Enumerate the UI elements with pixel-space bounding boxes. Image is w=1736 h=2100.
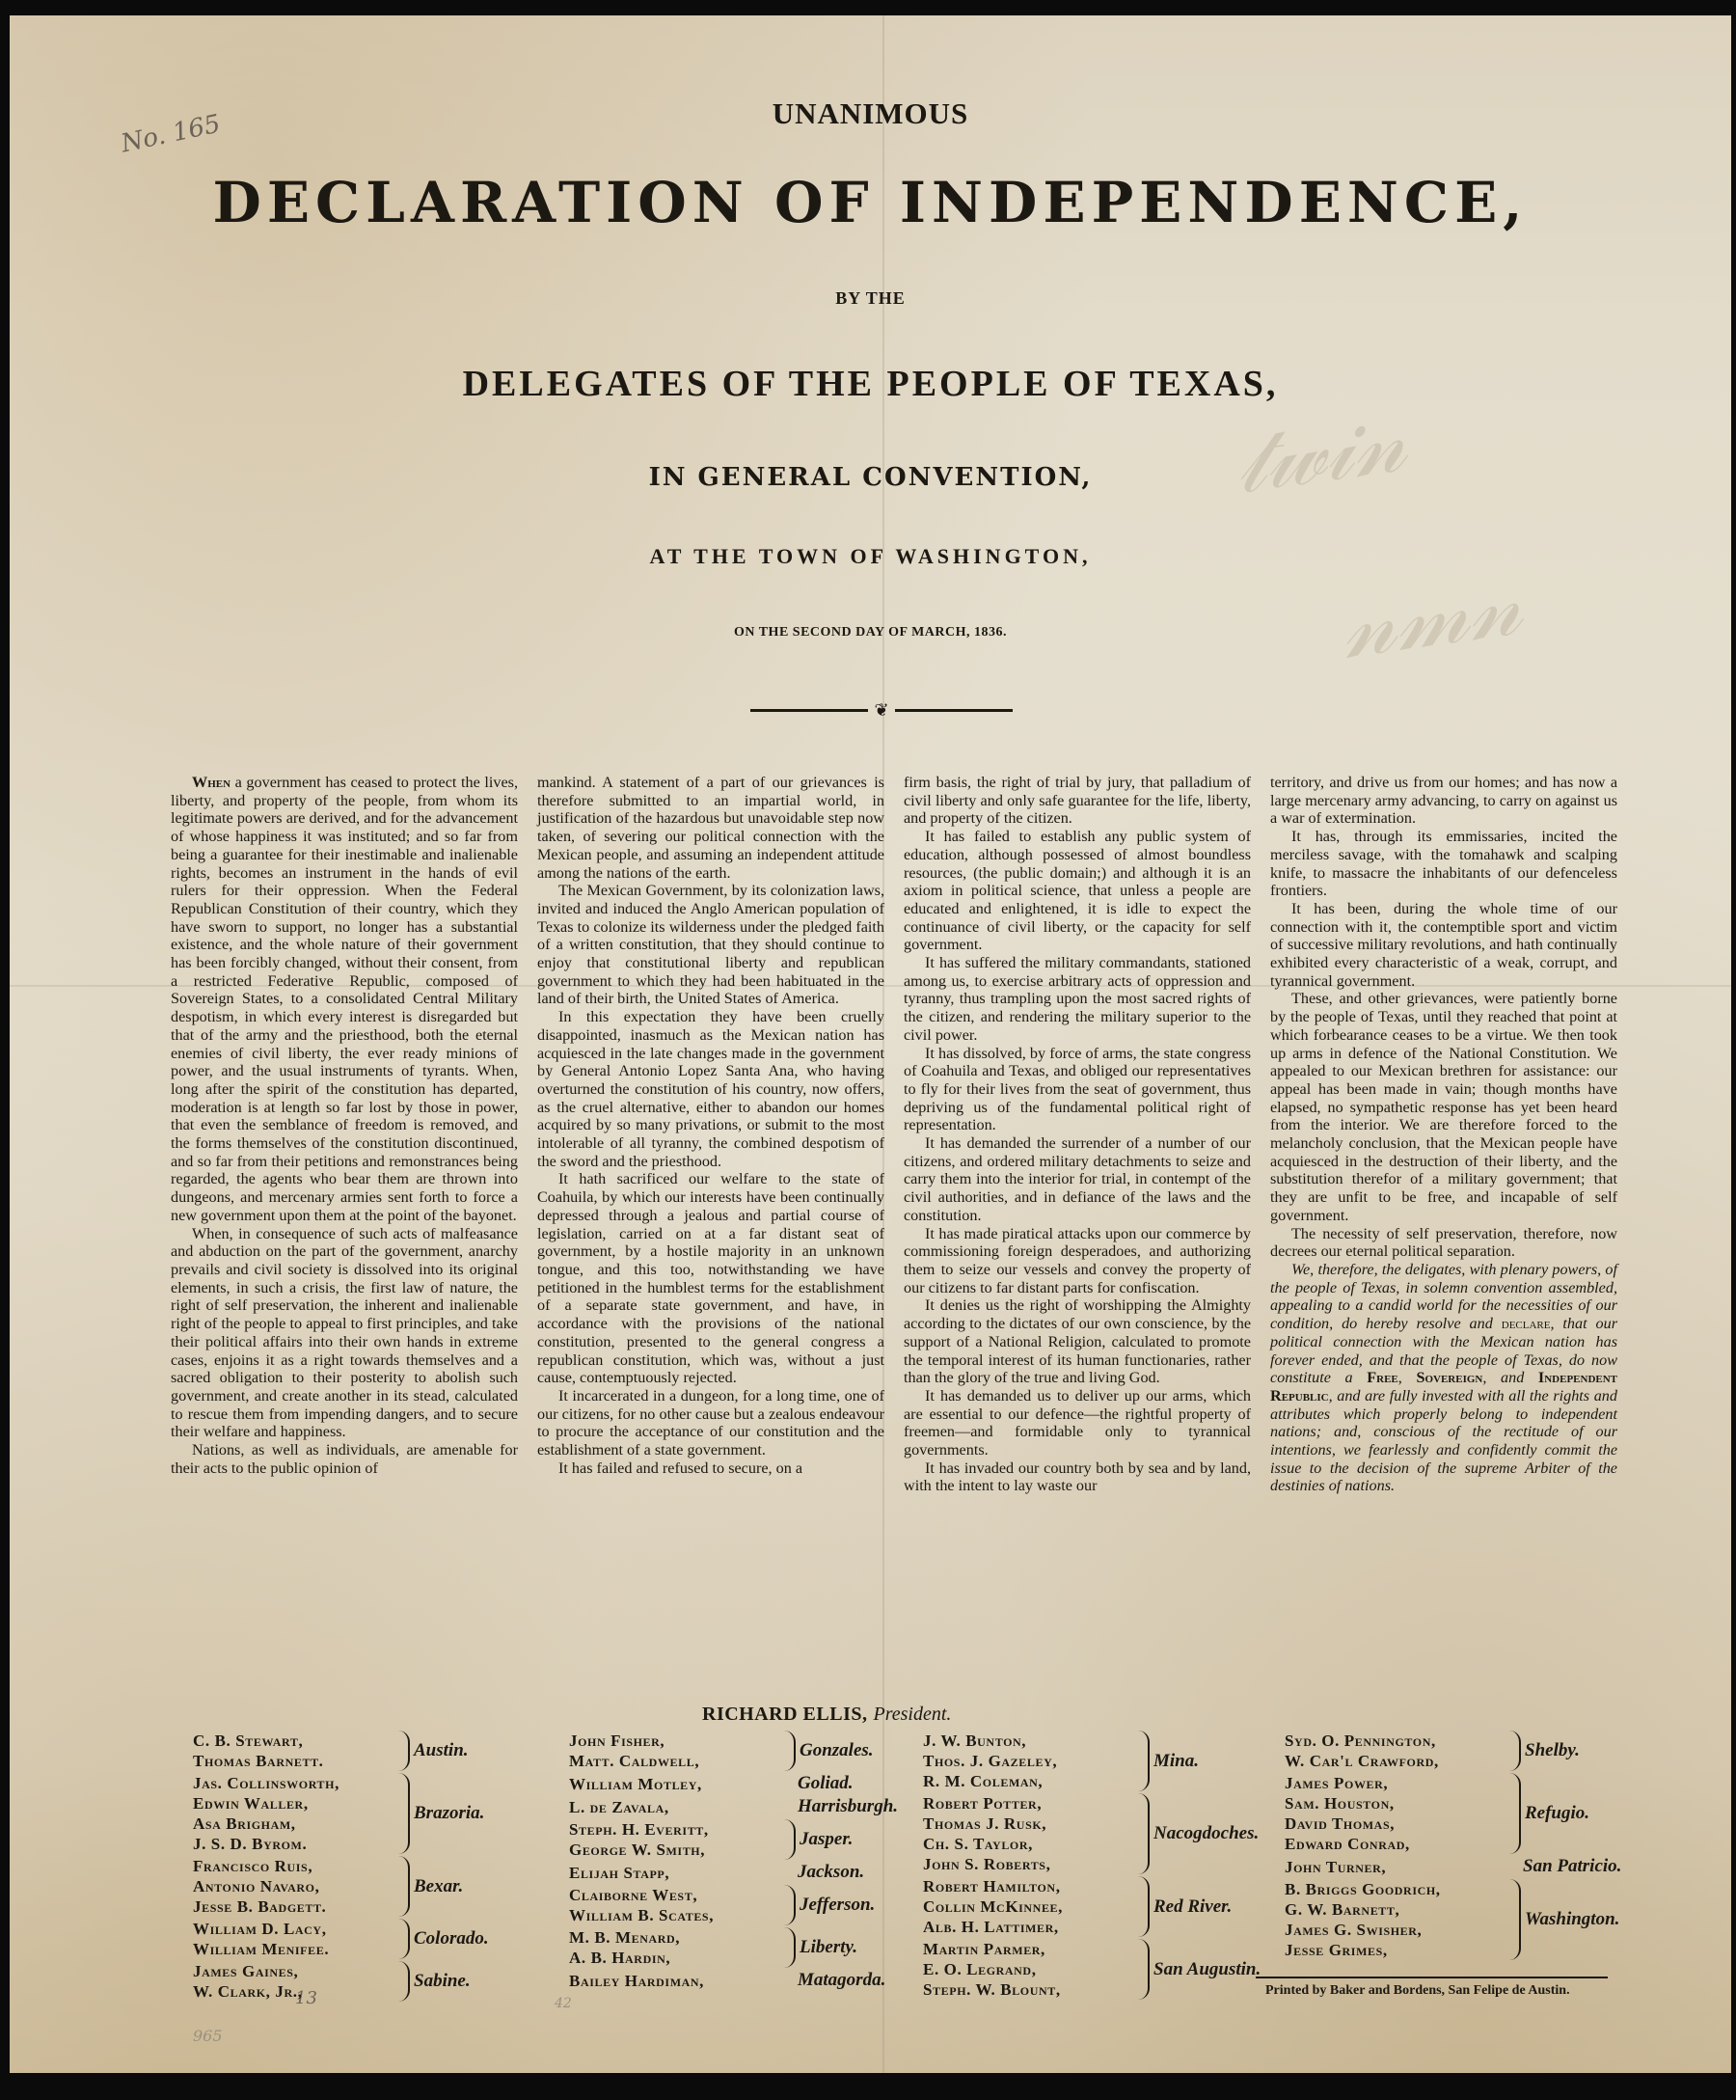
handwritten-mark: 42 — [555, 1996, 572, 2011]
signatory-name: William Menifee. — [193, 1939, 391, 1959]
title-unanimous: UNANIMOUS — [10, 96, 1731, 131]
signatory-names: L. de Zavala, — [569, 1797, 776, 1817]
county-label: Harrisburgh. — [798, 1796, 898, 1817]
signatory-name: Sam. Houston, — [1285, 1793, 1502, 1814]
signatory-names: James Power,Sam. Houston,David Thomas,Ed… — [1285, 1773, 1502, 1854]
broadside-document: No. 165 13 965 42 𝓉𝓌𝒾𝓃 𝓃𝓂𝓃 UNANIMOUS DEC… — [10, 15, 1731, 2073]
signatories-column-2: John Fisher,Matt. Caldwell,Gonzales.Will… — [569, 1731, 898, 1993]
signatory-name: John Fisher, — [569, 1731, 776, 1751]
signatory-name: John Turner, — [1285, 1857, 1502, 1877]
date-line: ON THE SECOND DAY OF MARCH, 1836. — [10, 625, 1731, 641]
signatory-group: C. B. Stewart,Thomas Barnett.Austin. — [193, 1731, 489, 1771]
brace-icon — [1134, 1876, 1150, 1937]
signatory-names: James Gaines,W. Clark, Jr., — [193, 1961, 391, 2002]
county-label: Liberty. — [800, 1937, 857, 1958]
signatory-name: Martin Parmer, — [923, 1939, 1130, 1959]
signatories-column-1: C. B. Stewart,Thomas Barnett.Austin.Jas.… — [193, 1731, 489, 2004]
signatory-name: Jesse B. Badgett. — [193, 1896, 391, 1917]
signatory-group: William Motley,Goliad. — [569, 1773, 898, 1794]
subtitle-convention: IN GENERAL CONVENTION, — [10, 463, 1731, 492]
signatory-name: J. S. D. Byrom. — [193, 1834, 391, 1854]
printer-rule — [1256, 1977, 1608, 1978]
signatory-name: David Thomas, — [1285, 1814, 1502, 1834]
signatory-name: William D. Lacy, — [193, 1919, 391, 1939]
brace-icon — [1505, 1731, 1521, 1771]
signatory-names: Steph. H. Everitt,George W. Smith, — [569, 1819, 776, 1860]
signatory-name: J. W. Bunton, — [923, 1731, 1130, 1751]
signatory-name: W. Clark, Jr., — [193, 1981, 391, 2002]
paragraph: These, and other grievances, were patien… — [1270, 990, 1617, 1224]
signatory-name: Edward Conrad, — [1285, 1834, 1502, 1854]
signatory-group: J. W. Bunton,Thos. J. Gazeley,R. M. Cole… — [923, 1731, 1261, 1791]
resolution-sovereign: Sovereign — [1416, 1369, 1482, 1386]
brace-icon — [780, 1927, 796, 1968]
signatory-name: B. Briggs Goodrich, — [1285, 1879, 1502, 1899]
signatory-name: Robert Hamilton, — [923, 1876, 1130, 1896]
paragraph: The necessity of self preservation, ther… — [1270, 1225, 1617, 1261]
county-label: Shelby. — [1525, 1740, 1580, 1761]
signatory-name: Jesse Grimes, — [1285, 1940, 1502, 1960]
signatory-group: John Fisher,Matt. Caldwell,Gonzales. — [569, 1731, 898, 1771]
subtitle-town: AT THE TOWN OF WASHINGTON, — [10, 544, 1731, 569]
signatory-names: Francisco Ruis,Antonio Navaro,Jesse B. B… — [193, 1856, 391, 1917]
signatory-names: John Turner, — [1285, 1857, 1502, 1877]
paragraph: Nations, as well as individuals, are ame… — [171, 1441, 518, 1477]
signatory-name: Syd. O. Pennington, — [1285, 1731, 1502, 1751]
county-label: Austin. — [414, 1740, 469, 1761]
signatory-group: Robert Potter,Thomas J. Rusk,Ch. S. Tayl… — [923, 1793, 1261, 1874]
printer-imprint: Printed by Baker and Bordens, San Felipe… — [1265, 1983, 1570, 1999]
title-declaration: DECLARATION OF INDEPENDENCE, — [10, 170, 1731, 235]
signatory-name: Jas. Collinsworth, — [193, 1773, 391, 1793]
county-label: San Augustin. — [1153, 1959, 1261, 1980]
paragraph: It has dissolved, by force of arms, the … — [904, 1045, 1251, 1135]
drop-word: When — [192, 774, 231, 791]
bleedthrough-handwriting: 𝓉𝓌𝒾𝓃 — [1228, 390, 1411, 515]
signatory-name: W. Car'l Crawford, — [1285, 1751, 1502, 1771]
signatory-group: Francisco Ruis,Antonio Navaro,Jesse B. B… — [193, 1856, 489, 1917]
body-column-1: When a government has ceased to protect … — [171, 774, 518, 1690]
resolution-paragraph: We, therefore, the deligates, with plena… — [1270, 1261, 1617, 1495]
county-label: Matagorda. — [798, 1970, 885, 1991]
signatory-names: Claiborne West,William B. Scates, — [569, 1885, 776, 1925]
county-label: Colorado. — [414, 1928, 489, 1950]
paragraph: It has demanded the surrender of a numbe… — [904, 1134, 1251, 1225]
paragraph: It has invaded our country both by sea a… — [904, 1459, 1251, 1495]
signatory-names: B. Briggs Goodrich,G. W. Barnett,James G… — [1285, 1879, 1502, 1960]
resolution-text: , and — [1482, 1369, 1538, 1386]
county-label: Nacogdoches. — [1153, 1823, 1259, 1844]
signatory-group: Syd. O. Pennington,W. Car'l Crawford,She… — [1285, 1731, 1621, 1771]
county-label: Jasper. — [800, 1829, 853, 1850]
signatory-name: Bailey Hardiman, — [569, 1971, 776, 1991]
signatory-name: Alb. H. Lattimer, — [923, 1917, 1130, 1937]
signatory-name: Robert Potter, — [923, 1793, 1130, 1814]
county-label: Gonzales. — [800, 1740, 874, 1761]
signatory-group: Steph. H. Everitt,George W. Smith,Jasper… — [569, 1819, 898, 1860]
signatory-name: Elijah Stapp, — [569, 1863, 776, 1883]
signatory-name: L. de Zavala, — [569, 1797, 776, 1817]
signatory-name: Thomas J. Rusk, — [923, 1814, 1130, 1834]
signatory-name: James G. Swisher, — [1285, 1920, 1502, 1940]
brace-icon — [1505, 1879, 1521, 1960]
signatory-name: R. M. Coleman, — [923, 1771, 1130, 1791]
brace-icon — [394, 1961, 410, 2002]
signatory-name: Collin McKinnee, — [923, 1896, 1130, 1917]
signatory-names: J. W. Bunton,Thos. J. Gazeley,R. M. Cole… — [923, 1731, 1130, 1791]
signatory-group: Bailey Hardiman,Matagorda. — [569, 1970, 898, 1991]
resolution-declare: declare — [1502, 1315, 1551, 1332]
county-label: Jackson. — [798, 1862, 864, 1883]
signatory-name: A. B. Hardin, — [569, 1948, 776, 1968]
paragraph-text: a government has ceased to protect the l… — [171, 774, 518, 1224]
signatory-group: Robert Hamilton,Collin McKinnee,Alb. H. … — [923, 1876, 1261, 1937]
signatory-group: L. de Zavala,Harrisburgh. — [569, 1796, 898, 1817]
county-label: Washington. — [1525, 1909, 1619, 1930]
resolution-free: Free — [1367, 1369, 1398, 1386]
signatories-column-4: Syd. O. Pennington,W. Car'l Crawford,She… — [1285, 1731, 1621, 1962]
brace-icon — [780, 1885, 796, 1925]
signatory-names: M. B. Menard,A. B. Hardin, — [569, 1927, 776, 1968]
signatory-group: Claiborne West,William B. Scates,Jeffers… — [569, 1885, 898, 1925]
county-label: Mina. — [1153, 1751, 1199, 1772]
signatory-name: Edwin Waller, — [193, 1793, 391, 1814]
signatory-name: Steph. W. Blount, — [923, 1979, 1130, 2000]
signatory-name: Claiborne West, — [569, 1885, 776, 1905]
body-column-4: territory, and drive us from our homes; … — [1270, 774, 1617, 1690]
signatory-name: Ch. S. Taylor, — [923, 1834, 1130, 1854]
county-label: Goliad. — [798, 1773, 854, 1794]
paragraph: When, in consequence of such acts of mal… — [171, 1225, 518, 1441]
signatory-names: Elijah Stapp, — [569, 1863, 776, 1883]
signatory-name: Francisco Ruis, — [193, 1856, 391, 1876]
signatory-group: M. B. Menard,A. B. Hardin,Liberty. — [569, 1927, 898, 1968]
signatory-names: William D. Lacy,William Menifee. — [193, 1919, 391, 1959]
signatory-names: Robert Potter,Thomas J. Rusk,Ch. S. Tayl… — [923, 1793, 1130, 1874]
paragraph: It incarcerated in a dungeon, for a long… — [537, 1387, 884, 1459]
paragraph: When a government has ceased to protect … — [171, 774, 518, 1225]
body-column-3: firm basis, the right of trial by jury, … — [904, 774, 1251, 1690]
brace-icon — [1134, 1793, 1150, 1874]
signatories-column-3: J. W. Bunton,Thos. J. Gazeley,R. M. Cole… — [923, 1731, 1261, 2002]
president-title: President. — [873, 1704, 951, 1725]
signatory-name: G. W. Barnett, — [1285, 1899, 1502, 1920]
signatory-names: C. B. Stewart,Thomas Barnett. — [193, 1731, 391, 1771]
paragraph: mankind. A statement of a part of our gr… — [537, 774, 884, 882]
signatory-group: Martin Parmer,E. O. Legrand,Steph. W. Bl… — [923, 1939, 1261, 2000]
county-label: Jefferson. — [800, 1895, 875, 1916]
signatory-name: John S. Roberts, — [923, 1854, 1130, 1874]
signatory-names: Robert Hamilton,Collin McKinnee,Alb. H. … — [923, 1876, 1130, 1937]
subtitle-by-the: BY THE — [10, 288, 1731, 309]
signatory-name: Matt. Caldwell, — [569, 1751, 776, 1771]
county-label: Brazoria. — [414, 1803, 484, 1824]
resolution-punct: , — [1398, 1369, 1417, 1386]
signatory-name: James Power, — [1285, 1773, 1502, 1793]
signatory-names: William Motley, — [569, 1774, 776, 1794]
county-label: Refugio. — [1525, 1803, 1589, 1824]
signatory-name: George W. Smith, — [569, 1840, 776, 1860]
body-column-2: mankind. A statement of a part of our gr… — [537, 774, 884, 1690]
paragraph: It has failed to establish any public sy… — [904, 828, 1251, 954]
signatory-name: Steph. H. Everitt, — [569, 1819, 776, 1840]
paragraph: It hath sacrificed our welfare to the st… — [537, 1170, 884, 1386]
brace-icon — [1505, 1773, 1521, 1854]
paragraph: It has been, during the whole time of ou… — [1270, 900, 1617, 991]
paragraph: The Mexican Government, by its colonizat… — [537, 882, 884, 1008]
county-label: Bexar. — [414, 1876, 463, 1897]
paragraph: It has suffered the military commandants… — [904, 954, 1251, 1045]
signatory-names: Bailey Hardiman, — [569, 1971, 776, 1991]
ornament-divider: ❦ — [750, 700, 1013, 720]
fleuron-icon: ❦ — [866, 700, 897, 720]
signatory-name: C. B. Stewart, — [193, 1731, 391, 1751]
signatory-name: James Gaines, — [193, 1961, 391, 1981]
signatory-names: John Fisher,Matt. Caldwell, — [569, 1731, 776, 1771]
signatory-names: Syd. O. Pennington,W. Car'l Crawford, — [1285, 1731, 1502, 1771]
signatory-name: William Motley, — [569, 1774, 776, 1794]
paragraph: It denies us the right of worshipping th… — [904, 1296, 1251, 1387]
brace-icon — [780, 1819, 796, 1860]
paragraph: It has made piratical attacks upon our c… — [904, 1225, 1251, 1297]
signatory-group: B. Briggs Goodrich,G. W. Barnett,James G… — [1285, 1879, 1621, 1960]
brace-icon — [1134, 1939, 1150, 2000]
signatory-group: William D. Lacy,William Menifee.Colorado… — [193, 1919, 489, 1959]
brace-icon — [394, 1773, 410, 1854]
brace-icon — [1134, 1731, 1150, 1791]
brace-icon — [394, 1731, 410, 1771]
president-name: RICHARD ELLIS, — [702, 1704, 867, 1725]
brace-icon — [780, 1731, 796, 1771]
signatory-names: Jas. Collinsworth,Edwin Waller,Asa Brigh… — [193, 1773, 391, 1854]
county-label: Red River. — [1153, 1896, 1232, 1918]
signatory-names: Martin Parmer,E. O. Legrand,Steph. W. Bl… — [923, 1939, 1130, 2000]
paragraph: firm basis, the right of trial by jury, … — [904, 774, 1251, 828]
signatory-group: Jas. Collinsworth,Edwin Waller,Asa Brigh… — [193, 1773, 489, 1854]
signatory-name: E. O. Legrand, — [923, 1959, 1130, 1979]
signatory-group: Elijah Stapp,Jackson. — [569, 1862, 898, 1883]
signatory-group: John Turner,San Patricio. — [1285, 1856, 1621, 1877]
divider-rule — [895, 709, 1013, 712]
handwritten-mark: 965 — [193, 2027, 223, 2045]
signatory-name: William B. Scates, — [569, 1905, 776, 1925]
signatory-group: James Power,Sam. Houston,David Thomas,Ed… — [1285, 1773, 1621, 1854]
brace-icon — [394, 1919, 410, 1959]
signatory-name: Thos. J. Gazeley, — [923, 1751, 1130, 1771]
brace-icon — [394, 1856, 410, 1917]
subtitle-delegates: DELEGATES OF THE PEOPLE OF TEXAS, — [10, 363, 1731, 405]
president-signature: RICHARD ELLIS,President. — [702, 1704, 951, 1726]
signatory-name: Asa Brigham, — [193, 1814, 391, 1834]
signatory-name: M. B. Menard, — [569, 1927, 776, 1948]
signatory-name: Thomas Barnett. — [193, 1751, 391, 1771]
divider-rule — [750, 709, 868, 712]
county-label: Sabine. — [414, 1971, 471, 1992]
paragraph: It has demanded us to deliver up our arm… — [904, 1387, 1251, 1459]
body-columns: When a government has ceased to protect … — [171, 774, 1617, 1690]
paragraph: It has, through its emmissaries, incited… — [1270, 828, 1617, 900]
signatory-name: Antonio Navaro, — [193, 1876, 391, 1896]
paragraph: In this expectation they have been cruel… — [537, 1008, 884, 1170]
paragraph: It has failed and refused to secure, on … — [537, 1459, 884, 1478]
paragraph: territory, and drive us from our homes; … — [1270, 774, 1617, 828]
bleedthrough-handwriting: 𝓃𝓂𝓃 — [1335, 553, 1528, 679]
county-label: San Patricio. — [1523, 1856, 1621, 1877]
signatory-group: James Gaines,W. Clark, Jr.,Sabine. — [193, 1961, 489, 2002]
